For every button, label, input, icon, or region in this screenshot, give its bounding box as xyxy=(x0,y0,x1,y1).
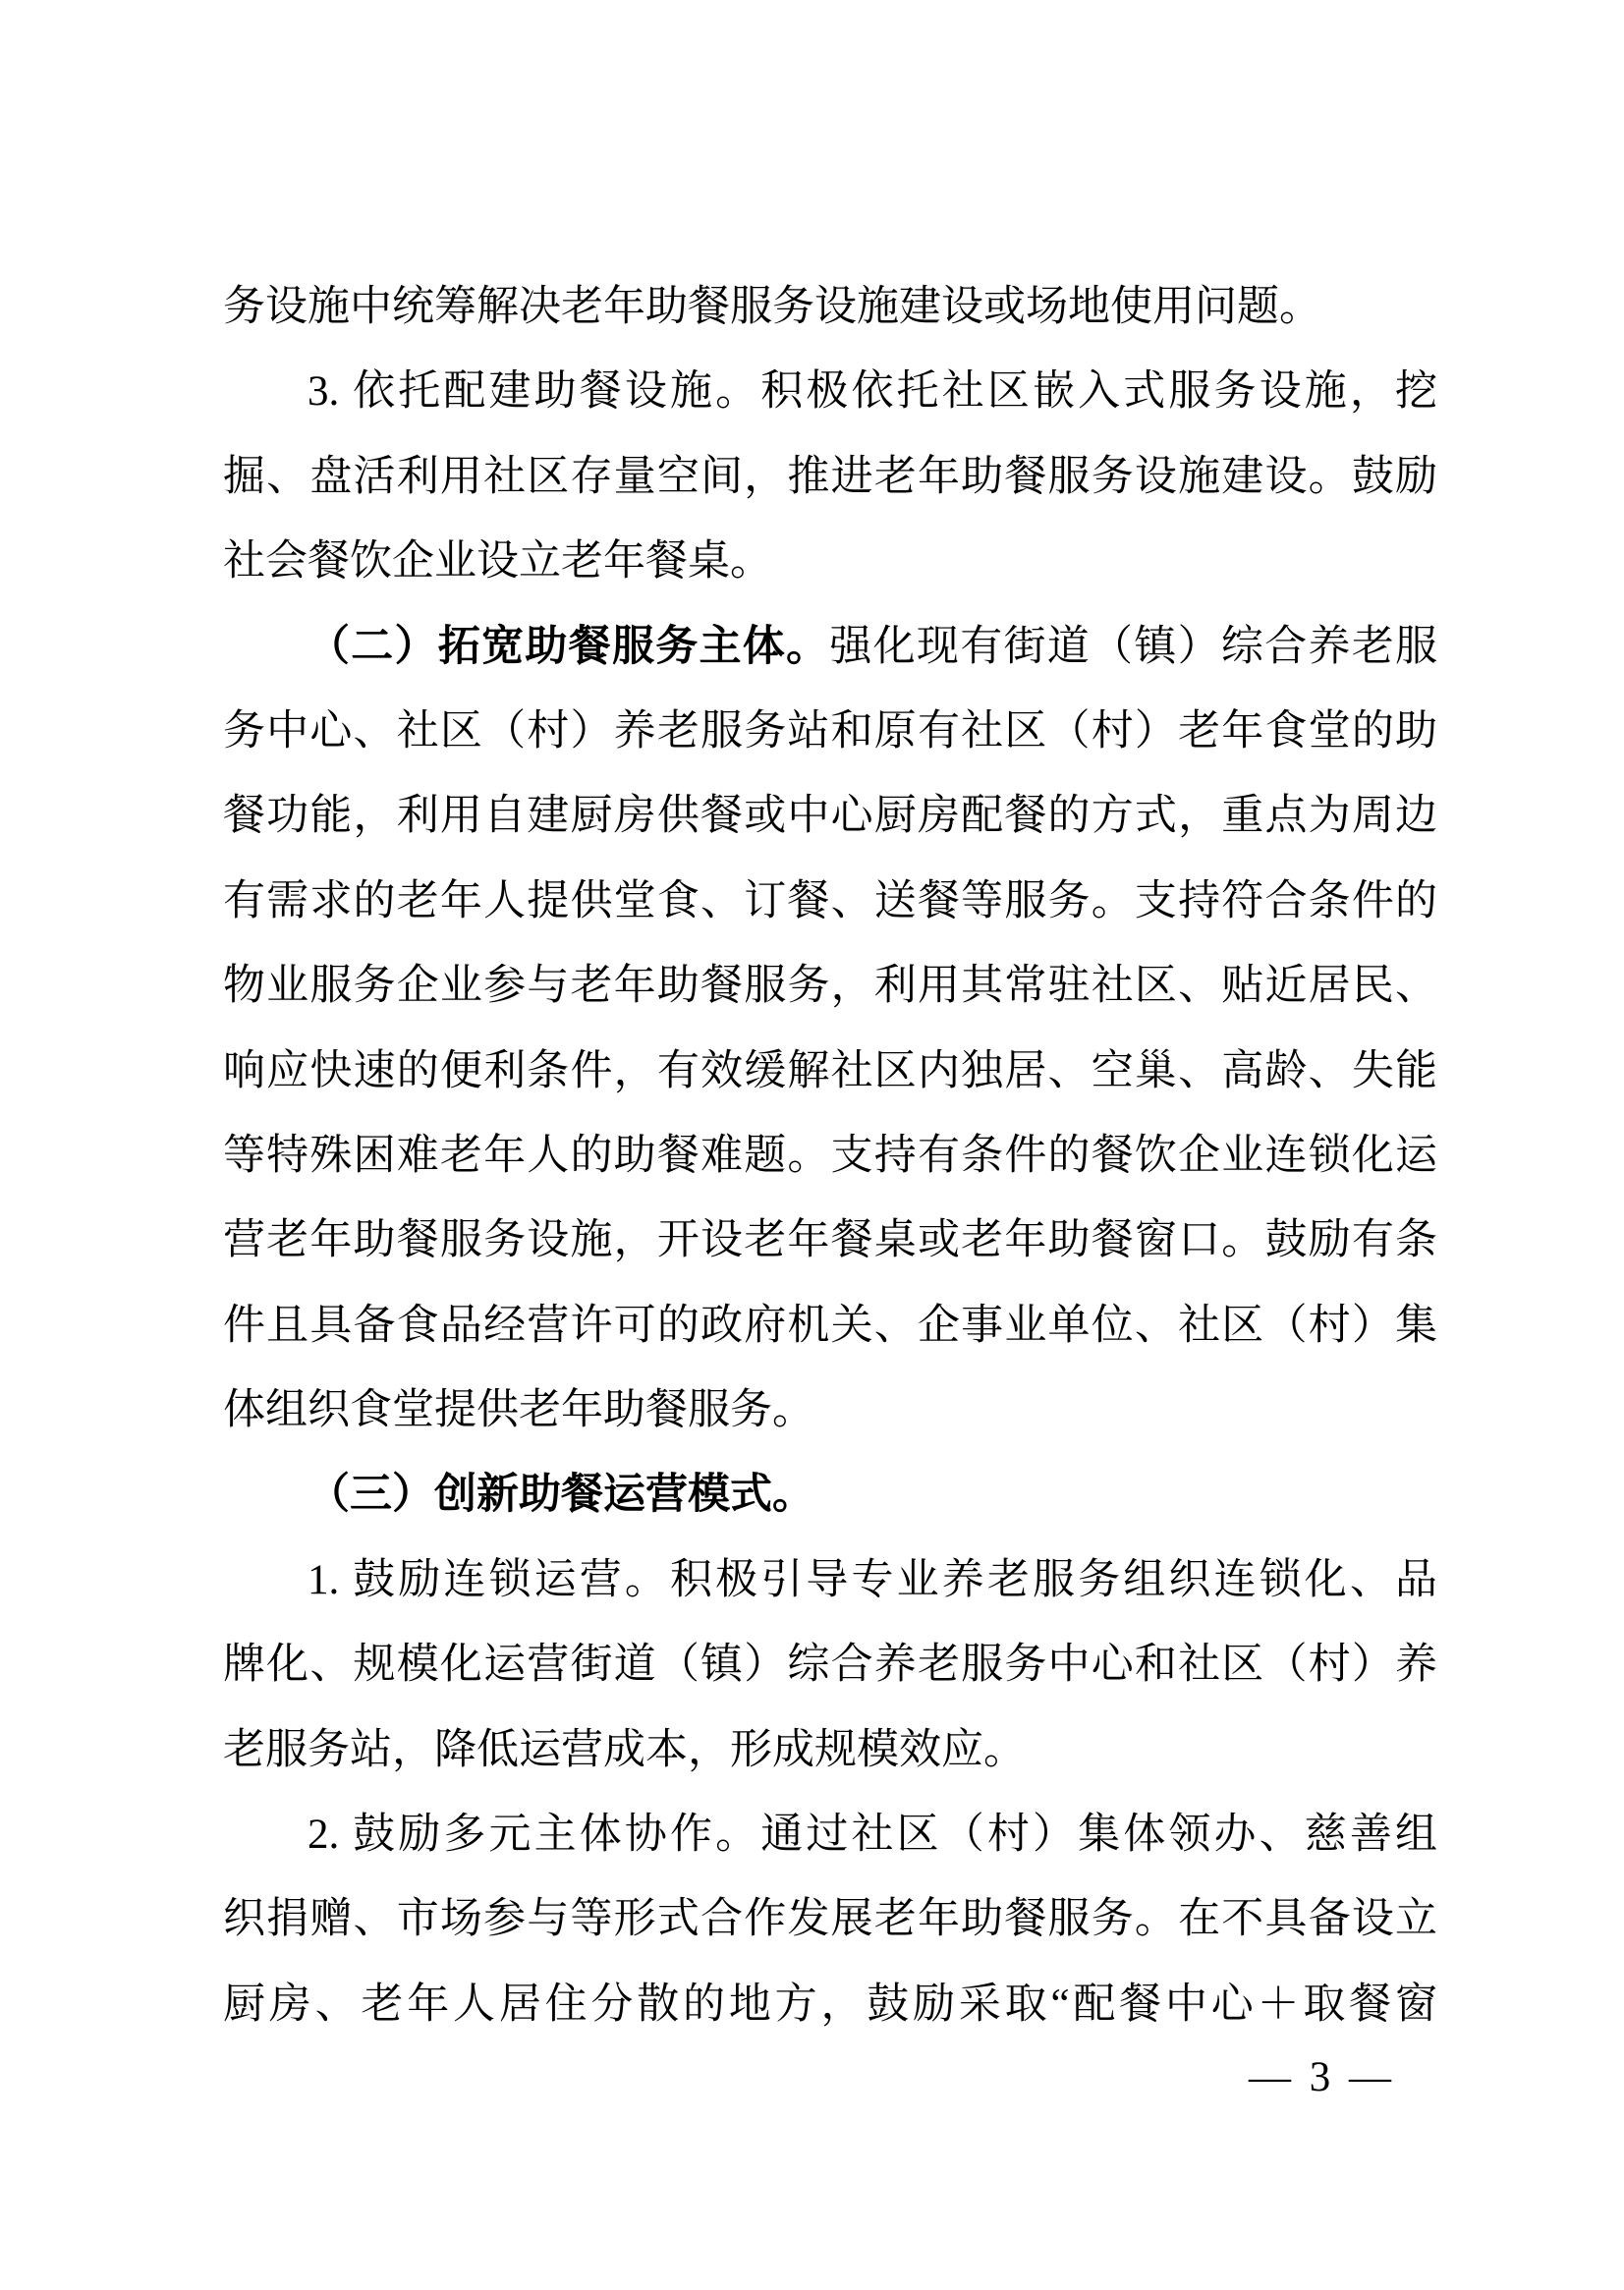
body-text: 有需求的老年人提供堂食、订餐、送餐等服务。支持符合条件的 xyxy=(223,878,1437,924)
body-text: 厨房、老年人居住分散的地方，鼓励采取“配餐中心＋取餐窗 xyxy=(223,1982,1437,2028)
body-text: 件且具备食品经营许可的政府机关、企事业单位、社区（村）集 xyxy=(223,1303,1437,1349)
body-text: 织捐赠、市场参与等形式合作发展老年助餐服务。在不具备设立 xyxy=(223,1896,1437,1942)
body-text: 2. 鼓励多元主体协作。通过社区（村）集体领办、慈善组 xyxy=(308,1812,1437,1858)
text-line: 2. 鼓励多元主体协作。通过社区（村）集体领办、慈善组 xyxy=(223,1793,1437,1877)
text-line: （二）拓宽助餐服务主体。强化现有街道（镇）综合养老服 xyxy=(223,605,1437,690)
text-line: 等特殊困难老年人的助餐难题。支持有条件的餐饮企业连锁化运 xyxy=(223,1114,1437,1199)
body-text: 强化现有街道（镇）综合养老服 xyxy=(829,624,1437,670)
text-line: 件且具备食品经营许可的政府机关、企事业单位、社区（村）集 xyxy=(223,1284,1437,1368)
text-line: 1. 鼓励连锁运营。积极引导专业养老服务组织连锁化、品 xyxy=(223,1538,1437,1623)
body-text: 牌化、规模化运营街道（镇）综合养老服务中心和社区（村）养 xyxy=(223,1642,1437,1688)
body-text: 掘、盘活利用社区存量空间，推进老年助餐服务设施建设。鼓励 xyxy=(223,454,1437,500)
body-text: 响应快速的便利条件，有效缓解社区内独居、空巢、高龄、失能 xyxy=(223,1048,1437,1094)
text-line: 体组织食堂提供老年助餐服务。 xyxy=(223,1368,1437,1453)
body-text: 营老年助餐服务设施，开设老年餐桌或老年助餐窗口。鼓励有条 xyxy=(223,1217,1437,1263)
text-line: 响应快速的便利条件，有效缓解社区内独居、空巢、高龄、失能 xyxy=(223,1030,1437,1114)
text-line: （三）创新助餐运营模式。 xyxy=(223,1453,1437,1537)
text-line: 餐功能，利用自建厨房供餐或中心厨房配餐的方式，重点为周边 xyxy=(223,774,1437,859)
text-line: 营老年助餐服务设施，开设老年餐桌或老年助餐窗口。鼓励有条 xyxy=(223,1199,1437,1283)
body-text: 1. 鼓励连锁运营。积极引导专业养老服务组织连锁化、品 xyxy=(308,1557,1437,1603)
body-text: 务设施中统筹解决老年助餐服务设施建设或场地使用问题。 xyxy=(223,284,1321,330)
body-text: 等特殊困难老年人的助餐难题。支持有条件的餐饮企业连锁化运 xyxy=(223,1133,1437,1179)
body-text: 物业服务企业参与老年助餐服务，利用其常驻社区、贴近居民、 xyxy=(223,963,1437,1009)
text-line: 社会餐饮企业设立老年餐桌。 xyxy=(223,520,1437,604)
heading-text: （二）拓宽助餐服务主体。 xyxy=(308,624,829,670)
text-line: 物业服务企业参与老年助餐服务，利用其常驻社区、贴近居民、 xyxy=(223,944,1437,1029)
document-body: 务设施中统筹解决老年助餐服务设施建设或场地使用问题。3. 依托配建助餐设施。积极… xyxy=(223,265,1437,2047)
body-text: 务中心、社区（村）养老服务站和原有社区（村）老年食堂的助 xyxy=(223,708,1437,754)
text-line: 掘、盘活利用社区存量空间，推进老年助餐服务设施建设。鼓励 xyxy=(223,435,1437,520)
page-number: — 3 — xyxy=(1249,2055,1395,2100)
document-page: 务设施中统筹解决老年助餐服务设施建设或场地使用问题。3. 依托配建助餐设施。积极… xyxy=(0,0,1624,2290)
heading-text: （三）创新助餐运营模式。 xyxy=(308,1472,814,1518)
text-line: 有需求的老年人提供堂食、订餐、送餐等服务。支持符合条件的 xyxy=(223,860,1437,944)
body-text: 老服务站，降低运营成本，形成规模效应。 xyxy=(223,1727,1026,1773)
body-text: 社会餐饮企业设立老年餐桌。 xyxy=(223,538,772,585)
text-line: 务设施中统筹解决老年助餐服务设施建设或场地使用问题。 xyxy=(223,265,1437,350)
text-line: 3. 依托配建助餐设施。积极依托社区嵌入式服务设施，挖 xyxy=(223,350,1437,434)
text-line: 牌化、规模化运营街道（镇）综合养老服务中心和社区（村）养 xyxy=(223,1623,1437,1707)
text-line: 老服务站，降低运营成本，形成规模效应。 xyxy=(223,1708,1437,1793)
body-text: 3. 依托配建助餐设施。积极依托社区嵌入式服务设施，挖 xyxy=(308,368,1437,415)
text-line: 厨房、老年人居住分散的地方，鼓励采取“配餐中心＋取餐窗 xyxy=(223,1963,1437,2047)
text-line: 务中心、社区（村）养老服务站和原有社区（村）老年食堂的助 xyxy=(223,690,1437,774)
body-text: 体组织食堂提供老年助餐服务。 xyxy=(223,1387,814,1433)
text-line: 织捐赠、市场参与等形式合作发展老年助餐服务。在不具备设立 xyxy=(223,1877,1437,1962)
body-text: 餐功能，利用自建厨房供餐或中心厨房配餐的方式，重点为周边 xyxy=(223,793,1437,839)
